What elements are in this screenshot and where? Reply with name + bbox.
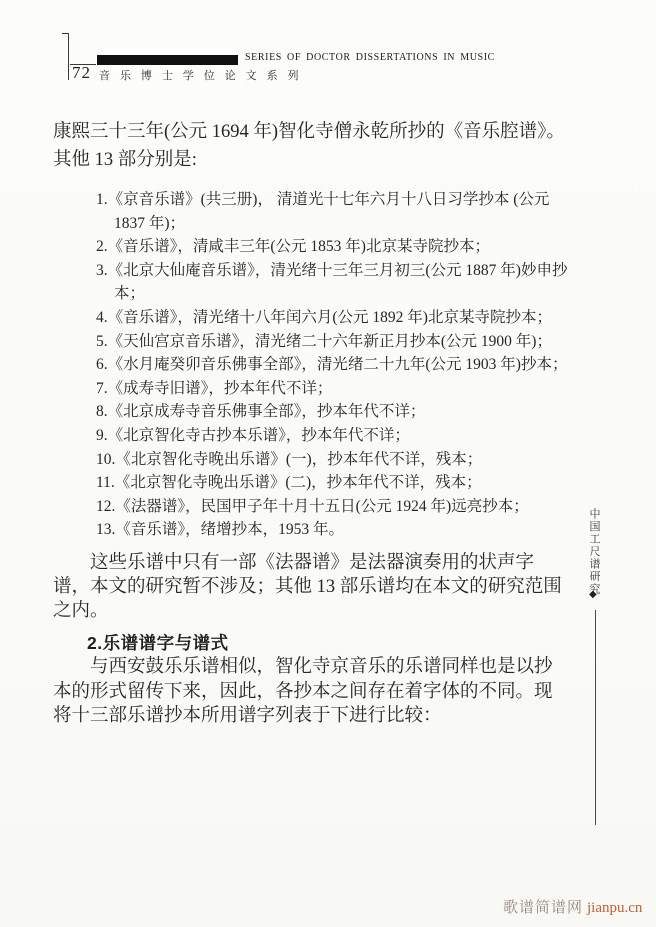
list-item-text: 《音乐谱》，清咸丰三年(公元 1853 年)北京某寺院抄本； [108,238,490,255]
list-item: 13.《音乐谱》，绪增抄本，1953 年。 [96,518,570,542]
list-item-number: 12. [96,498,115,515]
diamond-icon: ◆ [589,589,597,600]
watermark-site-name: 歌谱简谱网 [503,900,583,916]
paragraph-intro: 康熙三十三年(公元 1694 年)智化寺僧永乾所抄的《音乐腔谱》。 其他 13 … [53,118,567,174]
list-item: 2.《音乐谱》，清咸丰三年(公元 1853 年)北京某寺院抄本； [96,235,570,259]
list-item: 4.《音乐谱》，清光绪十八年闰六月(公元 1892 年)北京某寺院抄本； [96,306,570,330]
list-item-text: 《音乐谱》，绪增抄本，1953 年。 [115,521,344,538]
list-item: 6.《水月庵癸卯音乐佛事全部》，清光绪二十九年(公元 1903 年)抄本； [96,353,570,377]
list-item-text: 《北京智化寺晚出乐谱》(二)，抄本年代不详，残本； [115,474,482,491]
list-item: 10.《北京智化寺晚出乐谱》(一)，抄本年代不详，残本； [96,448,570,472]
watermark: 歌谱简谱网jianpu.cn [503,896,642,917]
list-item-number: 5. [96,333,108,350]
list-item-text: 《法器谱》，民国甲子年十月十五日(公元 1924 年)远亮抄本； [115,498,528,515]
section-heading: 2.乐谱谱字与谱式 [87,630,229,655]
list-item: 1.《京音乐谱》(共三册)， 清道光十七年六月十八日习学抄本 (公元 1837 … [96,188,570,235]
score-list: 1.《京音乐谱》(共三册)， 清道光十七年六月十八日习学抄本 (公元 1837 … [96,188,570,542]
header-series-title-zh: 音 乐 博 士 学 位 论 文 系 列 [99,67,302,83]
list-item-number: 3. [96,262,108,279]
list-item: 11.《北京智化寺晚出乐谱》(二)，抄本年代不详，残本； [96,471,570,495]
page-number: 72 [72,63,91,83]
list-item-text: 《北京大仙庵音乐谱》，清光绪十三年三月初三(公元 1887 年)妙申抄本； [108,262,568,303]
right-margin-rule [595,610,596,825]
list-item: 3.《北京大仙庵音乐谱》，清光绪十三年三月初三(公元 1887 年)妙申抄本； [96,259,570,306]
list-item-text: 《北京智化寺晚出乐谱》(一)，抄本年代不详，残本； [115,451,482,468]
header-black-bar [97,55,238,65]
list-item-text: 《水月庵癸卯音乐佛事全部》，清光绪二十九年(公元 1903 年)抄本； [108,356,568,373]
list-item-number: 9. [96,427,108,444]
list-item-text: 《天仙宫京音乐谱》，清光绪二十六年新正月抄本(公元 1900 年)； [108,333,552,350]
paragraph-intro-line1: 康熙三十三年(公元 1694 年)智化寺僧永乾所抄的《音乐腔谱》。 [53,118,567,146]
paragraph-summary: 这些乐谱中只有一部《法器谱》是法器演奏用的状声字谱，本文的研究暂不涉及；其他 1… [53,551,567,623]
margin-crop-mark-tick [62,33,69,34]
paragraph-intro-line2: 其他 13 部分别是: [53,146,567,174]
list-item: 9.《北京智化寺古抄本乐谱》，抄本年代不详； [96,424,570,448]
list-item: 8.《北京成寿寺音乐佛事全部》，抄本年代不详； [96,400,570,424]
header-series-title-en: SERIES OF DOCTOR DISSERTATIONS IN MUSIC [245,52,495,63]
list-item-text: 《成寿寺旧谱》，抄本年代不详； [108,380,333,397]
list-item: 5.《天仙宫京音乐谱》，清光绪二十六年新正月抄本(公元 1900 年)； [96,330,570,354]
watermark-site-url: jianpu.cn [587,900,642,916]
list-item-number: 6. [96,356,108,373]
list-item-text: 《北京智化寺古抄本乐谱》，抄本年代不详； [108,427,410,444]
vertical-book-title: 中国工尺谱研究 [586,508,602,596]
list-item-number: 1. [96,191,108,208]
margin-crop-mark-vertical [68,33,69,80]
list-item: 12.《法器谱》，民国甲子年十月十五日(公元 1924 年)远亮抄本； [96,495,570,519]
scanned-book-page: 72 SERIES OF DOCTOR DISSERTATIONS IN MUS… [0,0,656,927]
list-item-number: 13. [96,521,115,538]
list-item-number: 8. [96,403,108,420]
list-item-text: 《音乐谱》，清光绪十八年闰六月(公元 1892 年)北京某寺院抄本； [108,309,552,326]
list-item-text: 《京音乐谱》(共三册)， 清道光十七年六月十八日习学抄本 (公元 1837 年)… [108,191,550,232]
list-item-number: 2. [96,238,108,255]
paragraph-comparison-intro: 与西安鼓乐乐谱相似，智化寺京音乐的乐谱同样也是以抄本的形式留传下来，因此，各抄本… [53,655,569,729]
list-item: 7.《成寿寺旧谱》，抄本年代不详； [96,377,570,401]
list-item-text: 《北京成寿寺音乐佛事全部》，抄本年代不详； [108,403,426,420]
list-item-number: 4. [96,309,108,326]
list-item-number: 7. [96,380,108,397]
list-item-number: 10. [96,451,115,468]
list-item-number: 11. [96,474,115,491]
